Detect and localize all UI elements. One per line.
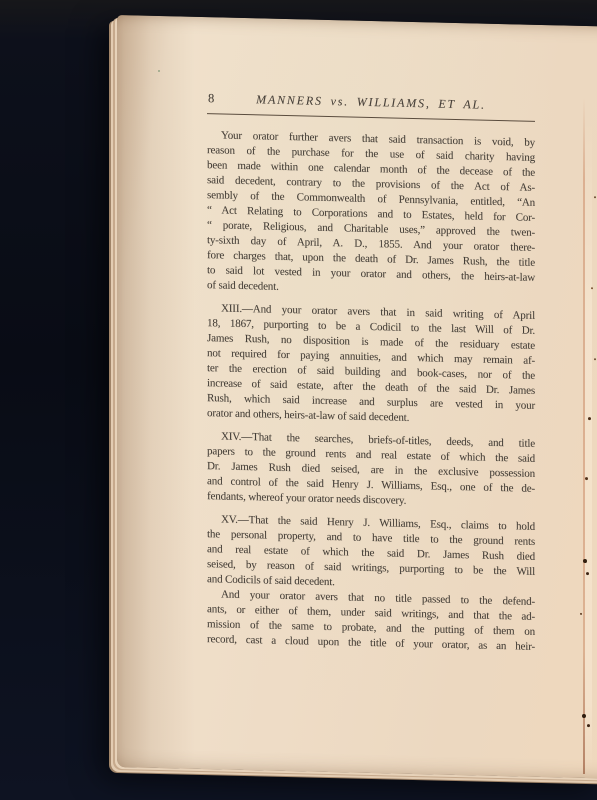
- paper-speck: [582, 714, 586, 718]
- paper-speck: [583, 559, 587, 563]
- paragraph: And your orator avers that no title pass…: [207, 587, 535, 655]
- book-backdrop: 8 MANNERS vs. WILLIAMS, ET AL. Your orat…: [0, 0, 597, 800]
- paragraph: XIV.—That the searches, briefs-of-titles…: [207, 429, 535, 512]
- paper-speck: [586, 572, 589, 575]
- paper-speck: [588, 417, 591, 420]
- screenshot-root: { "document": { "header": { "page_number…: [0, 0, 597, 800]
- paper-specks: [117, 15, 597, 27]
- body-text: Your orator further avers that said tran…: [207, 128, 535, 655]
- paragraph: Your orator further avers that said tran…: [207, 128, 535, 301]
- running-title: MANNERS vs. WILLIAMS, ET AL.: [207, 91, 535, 114]
- page-right-edge-highlight: [585, 116, 592, 770]
- paper-speck: [158, 70, 160, 72]
- paper-speck: [594, 196, 596, 198]
- paper-speck: [591, 287, 593, 289]
- paragraph: XIII.—And your orator avers that in said…: [207, 301, 535, 429]
- paragraph: XV.—That the said Henry J. Williams, Esq…: [207, 512, 535, 595]
- paper-speck: [587, 724, 590, 727]
- paper-speck: [580, 613, 582, 615]
- paper-speck: [585, 477, 588, 480]
- scanned-book-page: 8 MANNERS vs. WILLIAMS, ET AL. Your orat…: [117, 15, 597, 779]
- page-number: 8: [208, 91, 214, 106]
- paper-speck: [594, 358, 596, 360]
- page-header: 8 MANNERS vs. WILLIAMS, ET AL.: [207, 91, 535, 122]
- page-content: 8 MANNERS vs. WILLIAMS, ET AL. Your orat…: [207, 91, 535, 655]
